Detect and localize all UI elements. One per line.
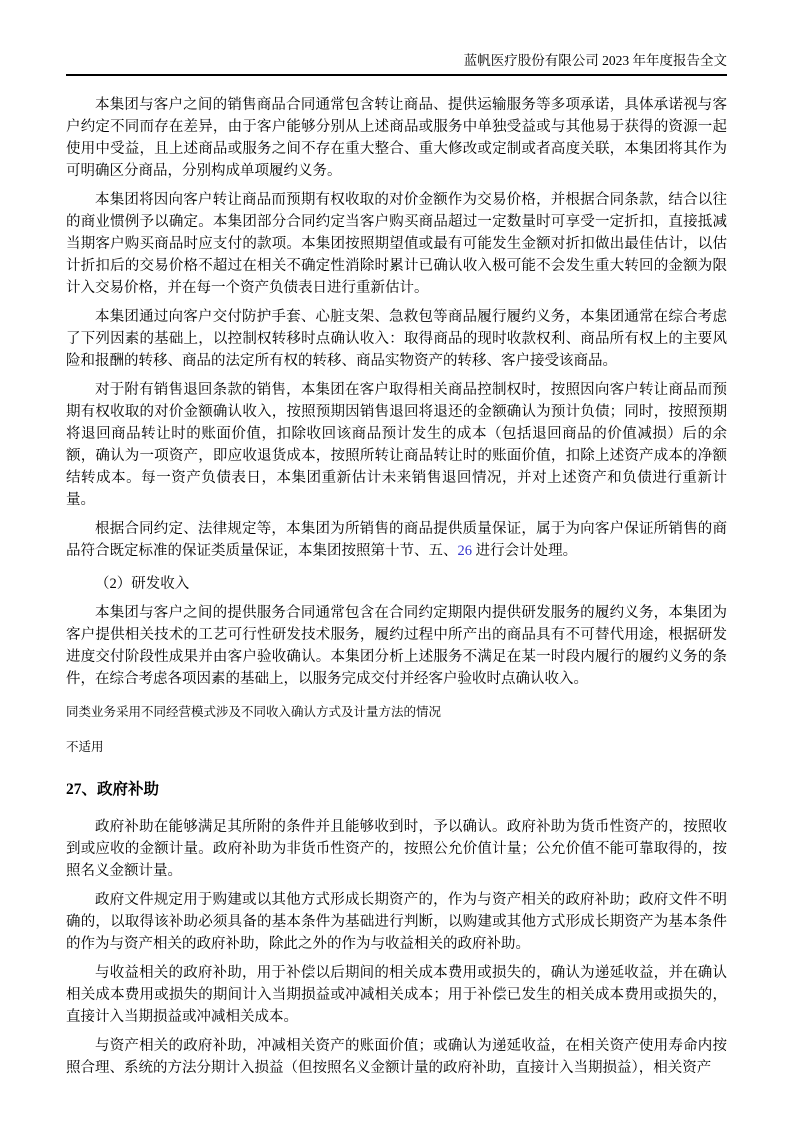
not-applicable-label: 不适用 bbox=[66, 739, 727, 755]
para-asset-related-grants: 与资产相关的政府补助，冲减相关资产的账面价值；或确认为递延收益，在相关资产使用寿… bbox=[66, 1035, 727, 1079]
subheading-rd-revenue: （2）研发收入 bbox=[66, 573, 727, 595]
para-grant-classification: 政府文件规定用于购建或以其他方式形成长期资产的，作为与资产相关的政府补助；政府文… bbox=[66, 889, 727, 955]
para-transaction-price: 本集团将因向客户转让商品而预期有权收取的对价金额作为交易价格，并根据合同条款，结… bbox=[66, 189, 727, 299]
heading-government-grants: 27、政府补助 bbox=[66, 780, 727, 800]
para-rd-revenue: 本集团与客户之间的提供服务合同通常包含在合同约定期限内提供研发服务的履约义务，本… bbox=[66, 602, 727, 690]
note-same-business-models: 同类业务采用不同经营模式涉及不同收入确认方式及计量方法的情况 bbox=[66, 704, 727, 720]
report-header-title: 蓝帆医疗股份有限公司 2023 年年度报告全文 bbox=[464, 53, 727, 68]
section-26-xref-link[interactable]: 26 bbox=[458, 543, 473, 559]
para-quality-warranty-tail: 进行会计处理。 bbox=[472, 543, 577, 559]
para-sales-return: 对于附有销售退回条款的销售，本集团在客户取得相关商品控制权时，按照因向客户转让商… bbox=[66, 379, 727, 511]
report-page: 蓝帆医疗股份有限公司 2023 年年度报告全文 本集团与客户之间的销售商品合同通… bbox=[0, 0, 793, 1122]
para-performance-obligations: 本集团与客户之间的销售商品合同通常包含转让商品、提供运输服务等多项承诺，具体承诺… bbox=[66, 94, 727, 182]
para-quality-warranty-text: 根据合同约定、法律规定等，本集团为所销售的商品提供质量保证，属于为向客户保证所销… bbox=[66, 521, 727, 559]
para-quality-warranty: 根据合同约定、法律规定等，本集团为所销售的商品提供质量保证，属于为向客户保证所销… bbox=[66, 518, 727, 562]
para-income-related-grants: 与收益相关的政府补助，用于补偿以后期间的相关成本费用或损失的，确认为递延收益，并… bbox=[66, 962, 727, 1028]
document-body: 本集团与客户之间的销售商品合同通常包含转让商品、提供运输服务等多项承诺，具体承诺… bbox=[66, 76, 727, 1079]
report-header: 蓝帆医疗股份有限公司 2023 年年度报告全文 bbox=[66, 0, 727, 76]
para-revenue-recognition-point: 本集团通过向客户交付防护手套、心脏支架、急救包等商品履行履约义务，本集团通常在综… bbox=[66, 306, 727, 372]
para-grant-recognition-measurement: 政府补助在能够满足其所附的条件并且能够收到时，予以确认。政府补助为货币性资产的，… bbox=[66, 816, 727, 882]
